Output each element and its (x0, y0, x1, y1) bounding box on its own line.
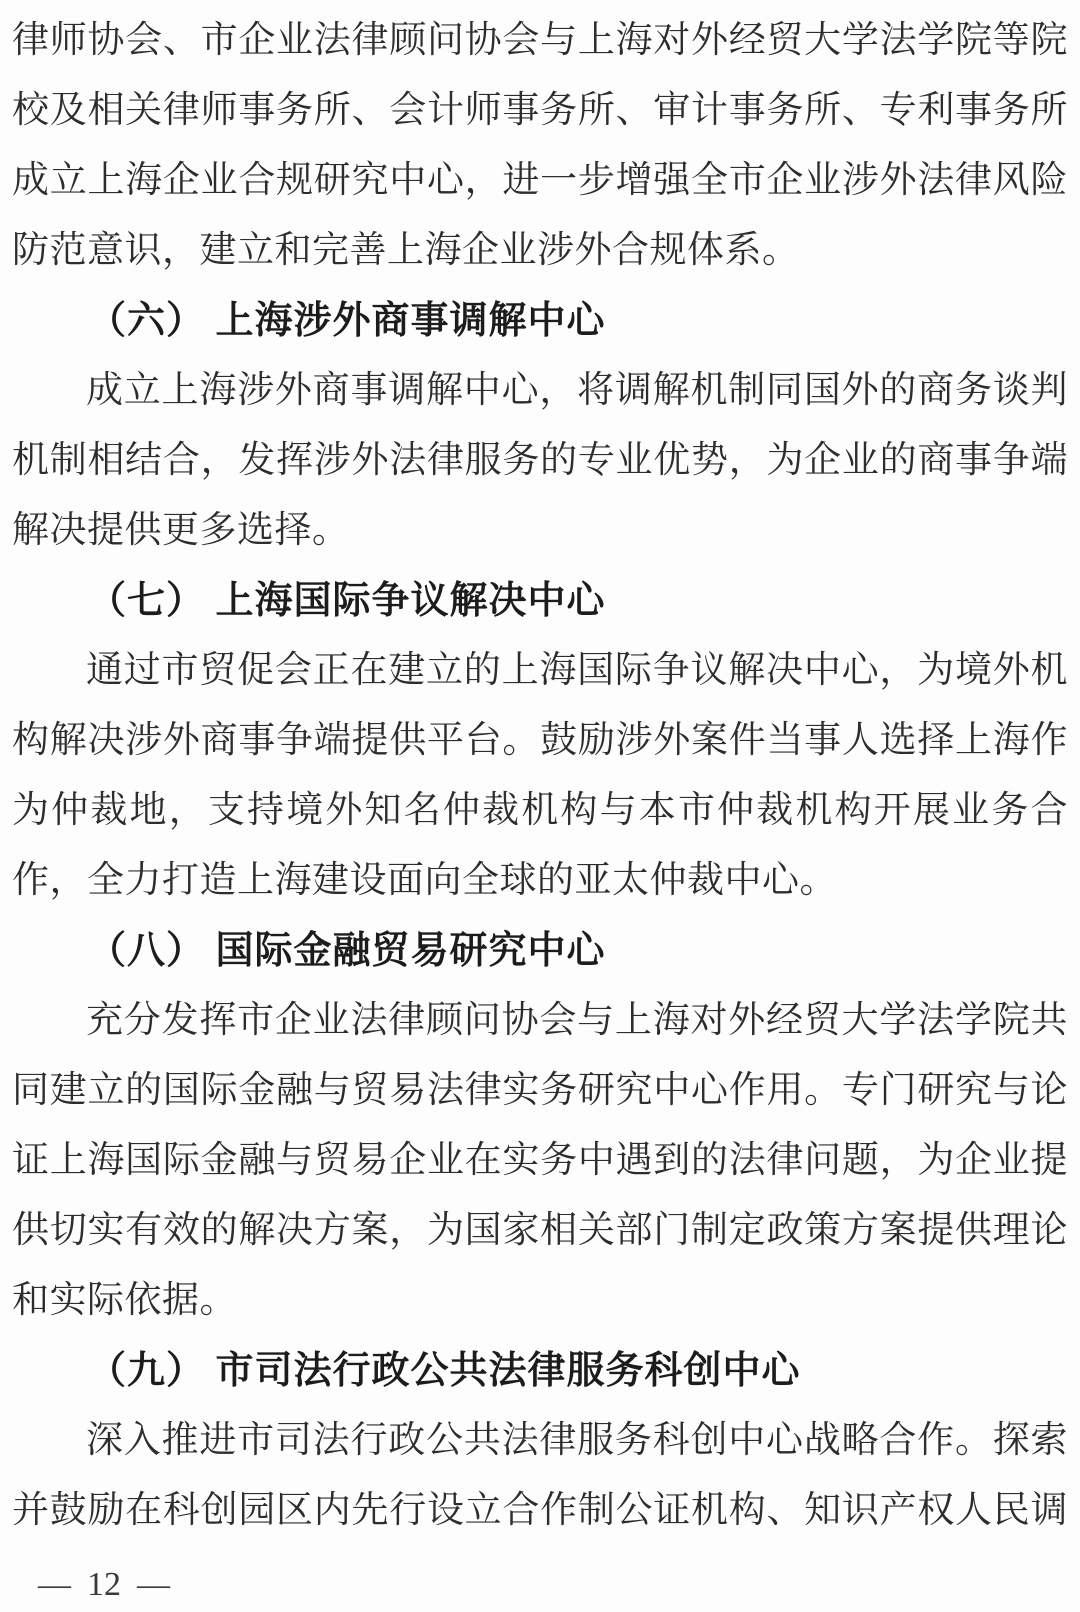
document-page: 律师协会、市企业法律顾问协会与上海对外经贸大学法学院等院校及相关律师事务所、会计… (0, 0, 1080, 1612)
text-line: 防范意识，建立和完善上海企业涉外合规体系。 (12, 216, 1068, 286)
section-heading: （八） 国际金融贸易研究中心 (12, 916, 1068, 986)
text-line: 同建立的国际金融与贸易法律实务研究中心作用。专门研究与论 (12, 1056, 1068, 1126)
section-heading: （九） 市司法行政公共法律服务科创中心 (12, 1336, 1068, 1406)
text-line: 深入推进市司法行政公共法律服务科创中心战略合作。探索 (12, 1406, 1068, 1476)
text-line: 为仲裁地，支持境外知名仲裁机构与本市仲裁机构开展业务合 (12, 776, 1068, 846)
text-line: 解决提供更多选择。 (12, 496, 1068, 566)
text-line: 构解决涉外商事争端提供平台。鼓励涉外案件当事人选择上海作 (12, 706, 1068, 776)
text-line: 律师协会、市企业法律顾问协会与上海对外经贸大学法学院等院 (12, 6, 1068, 76)
page-footer: — 12 — (38, 1566, 170, 1604)
text-line: 成立上海企业合规研究中心，进一步增强全市企业涉外法律风险 (12, 146, 1068, 216)
section-heading: （七） 上海国际争议解决中心 (12, 566, 1068, 636)
text-line: 作，全力打造上海建设面向全球的亚太仲裁中心。 (12, 846, 1068, 916)
text-line: 校及相关律师事务所、会计师事务所、审计事务所、专利事务所 (12, 76, 1068, 146)
footer-dash-left: — (38, 1567, 71, 1604)
text-line: 充分发挥市企业法律顾问协会与上海对外经贸大学法学院共 (12, 986, 1068, 1056)
text-line: 机制相结合，发挥涉外法律服务的专业优势，为企业的商事争端 (12, 426, 1068, 496)
footer-dash-right: — (137, 1567, 170, 1604)
page-number: 12 (87, 1566, 121, 1604)
text-line: 证上海国际金融与贸易企业在实务中遇到的法律问题，为企业提 (12, 1126, 1068, 1196)
text-line: 通过市贸促会正在建立的上海国际争议解决中心，为境外机 (12, 636, 1068, 706)
text-line: 成立上海涉外商事调解中心，将调解机制同国外的商务谈判 (12, 356, 1068, 426)
text-line: 供切实有效的解决方案，为国家相关部门制定政策方案提供理论 (12, 1196, 1068, 1266)
text-line: 和实际依据。 (12, 1266, 1068, 1336)
text-line: 并鼓励在科创园区内先行设立合作制公证机构、知识产权人民调 (12, 1476, 1068, 1546)
section-heading: （六） 上海涉外商事调解中心 (12, 286, 1068, 356)
document-body: 律师协会、市企业法律顾问协会与上海对外经贸大学法学院等院校及相关律师事务所、会计… (0, 0, 1080, 1546)
